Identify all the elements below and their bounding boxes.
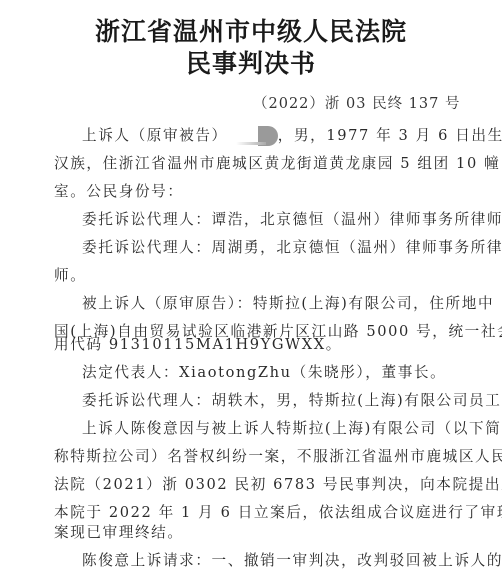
paragraph-line: 委托诉讼代理人：谭浩，北京德恒（温州）律师事务所律师。 [82, 208, 482, 229]
paragraph-line: 用代码 91310115MA1H9YGWXX。 [54, 333, 454, 354]
paragraph-line: 法院（2021）浙 0302 民初 6783 号民事判决，向本院提出上诉。 [54, 473, 454, 494]
paragraph-line: 汉族，住浙江省温州市鹿城区黄龙街道黄龙康园 5 组团 10 幢 803 [54, 152, 454, 173]
paragraph-line: 委托诉讼代理人：胡轶木，男，特斯拉(上海)有限公司员工。 [82, 389, 482, 410]
paragraph-line: 案现已审理终结。 [54, 521, 454, 542]
paragraph-line: 师。 [54, 264, 454, 285]
paragraph-line: 称特斯拉公司）名誉权纠纷一案，不服浙江省温州市鹿城区人民 [54, 445, 454, 466]
paragraph-line: 法定代表人：XiaotongZhu（朱晓彤），董事长。 [82, 361, 482, 382]
appellant-details: ，男，1977 年 3 月 6 日出生， [278, 127, 502, 144]
paragraph-line: 上诉人陈俊意因与被上诉人特斯拉(上海)有限公司（以下简 [82, 417, 482, 438]
paragraph-line: 室。公民身份号： [54, 180, 454, 201]
paragraph-line: 陈俊意上诉请求：一、撤销一审判决，改判驳回被上诉人的 [82, 549, 482, 570]
court-title: 浙江省温州市中级人民法院 [0, 12, 502, 48]
document-type-title: 民事判决书 [0, 44, 502, 80]
paragraph-line: 本院于 2022 年 1 月 6 日立案后，依法组成合议庭进行了审理。本 [54, 501, 454, 522]
appellant-label: 上诉人（原审被告） [82, 127, 228, 144]
paragraph-line: 委托诉讼代理人：周湖勇，北京德恒（温州）律师事务所律 [82, 236, 482, 257]
paragraph-line: 上诉人（原审被告），男，1977 年 3 月 6 日出生， [82, 124, 482, 146]
redacted-name [228, 126, 278, 146]
paragraph-line: 被上诉人（原审原告）：特斯拉(上海)有限公司，住所地中 [82, 292, 482, 313]
case-number: （2022）浙 03 民终 137 号 [253, 92, 460, 113]
